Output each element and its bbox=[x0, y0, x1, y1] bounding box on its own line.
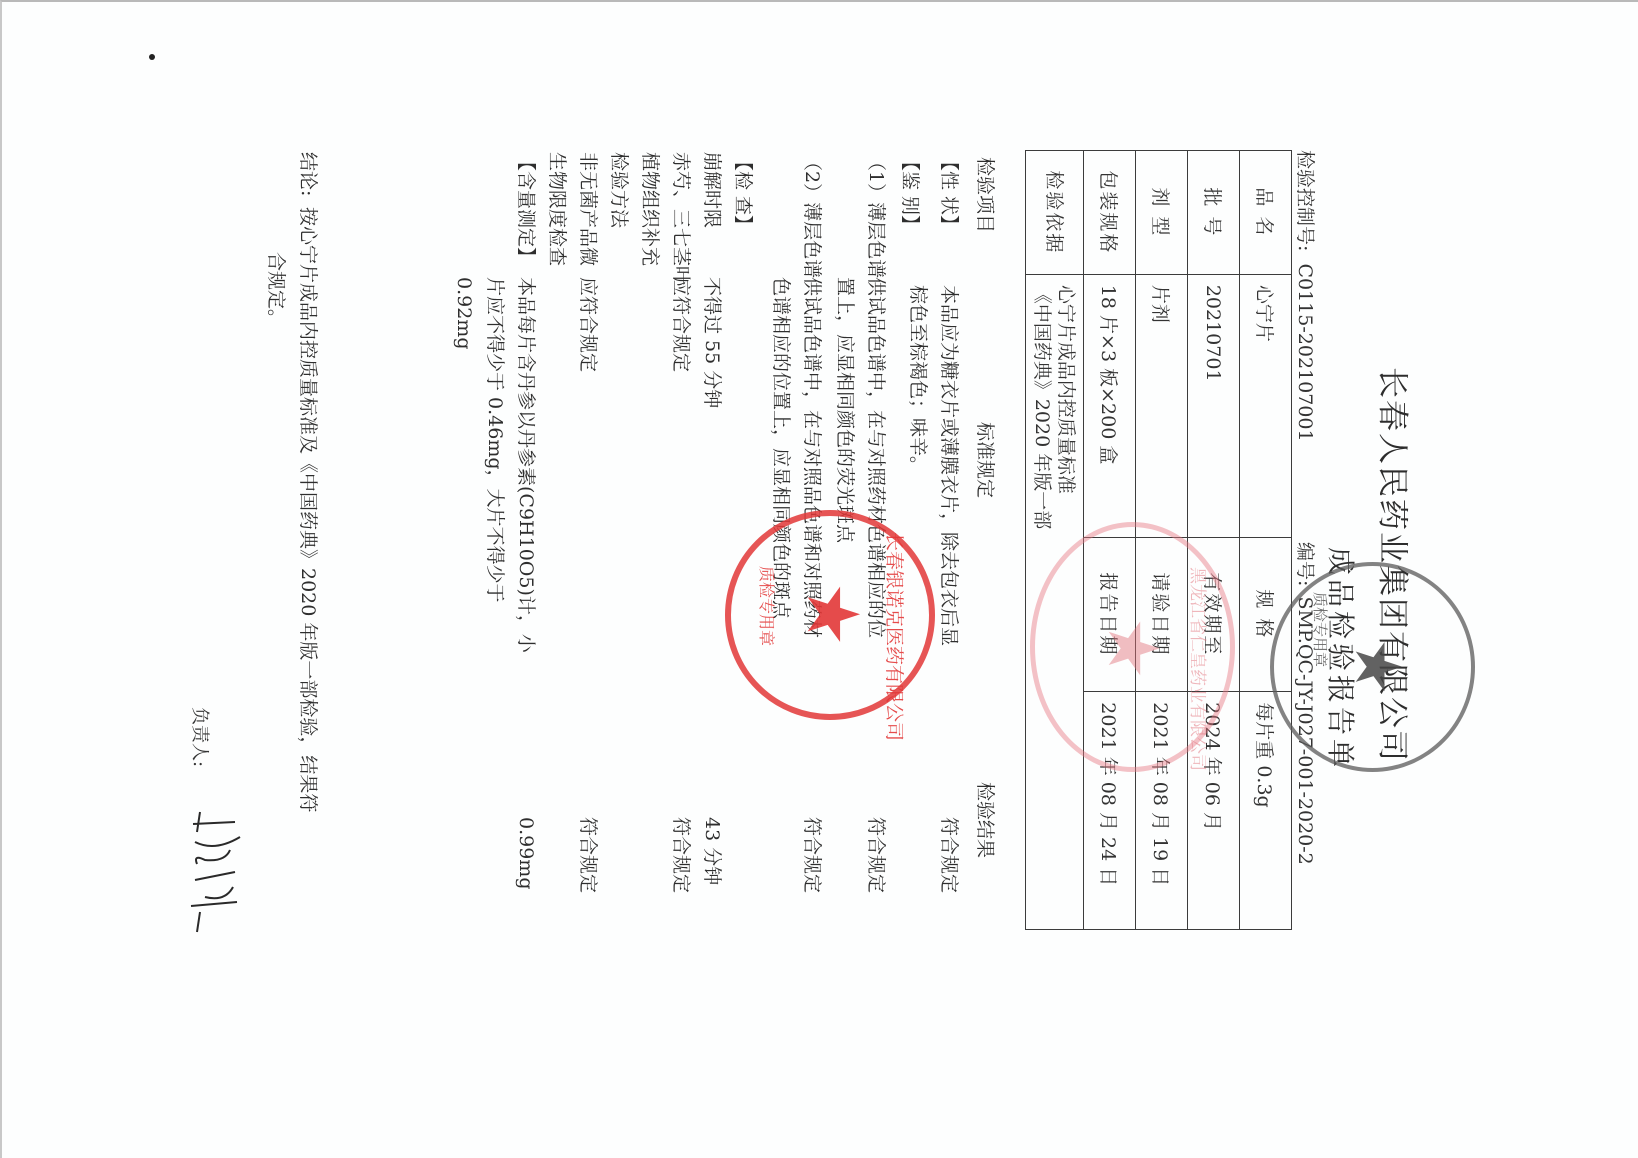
pink-qc-stamp: ★ 黑龙江省仁皇药业有限公司 bbox=[1030, 522, 1235, 772]
result-value: 符合规定 bbox=[576, 817, 600, 893]
result-item: 检验方法 bbox=[607, 152, 631, 228]
conclusion-line: 合规定。 bbox=[264, 252, 288, 328]
label-dosage-form: 剂 型 bbox=[1136, 151, 1188, 275]
result-item: 赤芍、三七茎叶 bbox=[669, 152, 693, 285]
result-item: 崩解时限 bbox=[700, 152, 724, 228]
inspection-report-page: 长春人民药业集团有限公司 成品检验报告单 检验控制号: C0115-202107… bbox=[2, 2, 1638, 1158]
result-item: （1）薄层色谱 bbox=[864, 152, 888, 278]
result-item: 【鉴 别】 bbox=[898, 152, 922, 234]
handwritten-signature bbox=[175, 802, 255, 942]
header-item: 检验项目 bbox=[973, 157, 1000, 233]
stamp-text: 黑龙江省仁皇药业有限公司 bbox=[1187, 567, 1212, 771]
signature-label: 负责人: bbox=[188, 707, 214, 767]
result-value: 符合规定 bbox=[937, 817, 961, 893]
scanned-page-frame: 长春人民药业集团有限公司 成品检验报告单 检验控制号: C0115-202107… bbox=[0, 0, 1638, 1158]
star-icon: ★ bbox=[1345, 638, 1409, 695]
result-standard-line: 片应不得少于 0.46mg，大片不得少于 bbox=[483, 277, 507, 603]
result-standard-line: 0.92mg bbox=[452, 277, 476, 349]
table-row: 批 号 20210701 有效期至 2024 年 06 月 bbox=[1188, 151, 1240, 930]
header-standard: 标准规定 bbox=[973, 422, 1000, 498]
result-item: 植物组织补充 bbox=[638, 152, 662, 266]
result-value: 0.99mg bbox=[514, 817, 538, 889]
result-standard-line: 应符合规定 bbox=[669, 277, 693, 372]
result-standard-line: 置上，应显相同颜色的荧光斑点 bbox=[833, 277, 857, 543]
control-number-label: 检验控制号: bbox=[1294, 150, 1316, 251]
stamp-text: 长春银诺克医药有限公司 bbox=[882, 532, 909, 741]
header-result: 检验结果 bbox=[973, 782, 1000, 858]
star-icon: ★ bbox=[797, 582, 869, 647]
stamp-subtext: 质检专用章 bbox=[756, 566, 779, 646]
result-value: 符合规定 bbox=[800, 817, 824, 893]
value-batch-number: 20210701 bbox=[1188, 274, 1240, 537]
result-value: 符合规定 bbox=[864, 817, 888, 893]
label-basis: 检验依据 bbox=[1026, 151, 1084, 275]
result-item: 【含量测定】 bbox=[514, 152, 538, 266]
control-number: 检验控制号: C0115-202107001 bbox=[1293, 150, 1320, 442]
label-packaging: 包装规格 bbox=[1084, 151, 1136, 275]
result-standard-line: 棕色至棕褐色；味辛。 bbox=[906, 285, 930, 475]
result-value: 43 分钟 bbox=[700, 817, 724, 885]
conclusion-label: 结论: bbox=[296, 152, 320, 196]
gray-qc-stamp: ★ 质检专用章 bbox=[1270, 562, 1475, 772]
red-qc-stamp: ★ 长春银诺克医药有限公司 质检专用章 bbox=[725, 510, 935, 720]
result-item: 【检 查】 bbox=[731, 152, 755, 234]
conclusion-line: 按心宁片成品内控质量标准及《中国药典》2020 年版一部检验，结果符 bbox=[296, 207, 320, 812]
document-code-label: 编号: bbox=[1294, 542, 1316, 586]
table-row: 检验依据 心宁片成品内控质量标准 《中国药典》2020 年版一部 bbox=[1026, 151, 1084, 930]
stamp-subtext: 质检专用章 bbox=[1310, 592, 1331, 667]
table-row: 品 名 心宁片 规 格 每片重 0.3g bbox=[1240, 151, 1292, 930]
result-standard-line: 应符合规定 bbox=[576, 277, 600, 372]
result-standard-line: 本品每片含丹参以丹参素(C9H10O5)计，小 bbox=[514, 277, 538, 653]
result-item: 生物限度检查 bbox=[545, 152, 569, 266]
value-specification: 每片重 0.3g bbox=[1240, 692, 1292, 930]
result-item: 非无菌产品微 bbox=[576, 152, 600, 266]
value-product-name: 心宁片 bbox=[1240, 274, 1292, 537]
label-batch-number: 批 号 bbox=[1188, 151, 1240, 275]
result-item: （2）薄层色谱 bbox=[800, 152, 824, 278]
control-number-value: C0115-202107001 bbox=[1294, 263, 1316, 441]
value-dosage-form: 片剂 bbox=[1136, 274, 1188, 537]
value-packaging: 18 片×3 板×200 盒 bbox=[1084, 274, 1136, 537]
label-product-name: 品 名 bbox=[1240, 151, 1292, 275]
result-standard-line: 本品应为糖衣片或薄膜衣片，除去包衣后显 bbox=[937, 285, 961, 646]
star-icon: ★ bbox=[1098, 617, 1168, 680]
result-value: 符合规定 bbox=[669, 817, 693, 893]
result-standard-line: 不得过 55 分钟 bbox=[700, 277, 724, 408]
result-item: 【性 状】 bbox=[937, 152, 961, 234]
